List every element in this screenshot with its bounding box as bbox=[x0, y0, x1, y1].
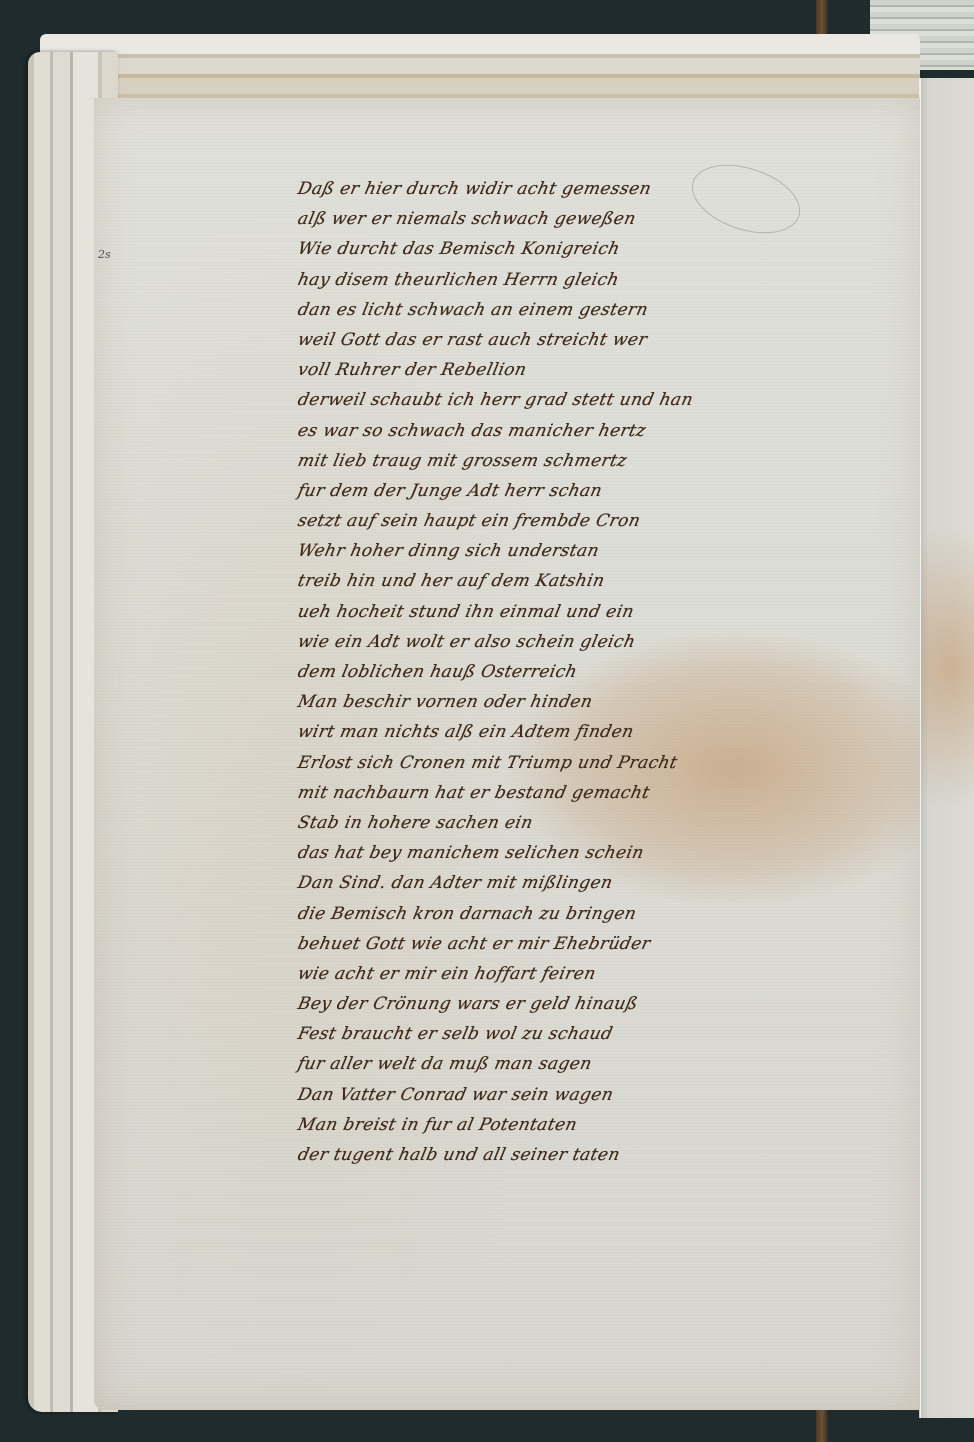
scanned-book-photo: 2s Daß er hier durch widir acht gemessen… bbox=[0, 0, 974, 1442]
text-line: fur aller welt da muß man sagen bbox=[295, 1049, 721, 1079]
text-line: Dan Sind. dan Adter mit mißlingen bbox=[295, 868, 721, 898]
page-edges-top bbox=[40, 34, 920, 104]
text-line: derweil schaubt ich herr grad stett und … bbox=[295, 385, 721, 415]
text-line: Wie durcht das Bemisch Konigreich bbox=[295, 234, 721, 264]
text-line: die Bemisch kron darnach zu bringen bbox=[295, 899, 721, 929]
text-line: Dan Vatter Conrad war sein wagen bbox=[295, 1080, 721, 1110]
text-line: Fest braucht er selb wol zu schaud bbox=[295, 1019, 721, 1049]
text-line: dan es licht schwach an einem gestern bbox=[295, 295, 721, 325]
text-line: mit lieb traug mit grossem schmertz bbox=[295, 446, 721, 476]
text-line: treib hin und her auf dem Katshin bbox=[295, 566, 721, 596]
margin-note: 2s bbox=[98, 248, 111, 261]
text-line: Daß er hier durch widir acht gemessen bbox=[295, 174, 721, 204]
text-line: weil Gott das er rast auch streicht wer bbox=[295, 325, 721, 355]
text-line: setzt auf sein haupt ein frembde Cron bbox=[295, 506, 721, 536]
text-line: es war so schwach das manicher hertz bbox=[295, 416, 721, 446]
text-line: Stab in hohere sachen ein bbox=[295, 808, 721, 838]
text-line: Man beschir vornen oder hinden bbox=[295, 687, 721, 717]
text-line: fur dem der Junge Adt herr schan bbox=[295, 476, 721, 506]
text-line: hay disem theurlichen Herrn gleich bbox=[295, 265, 721, 295]
text-line: wirt man nichts alß ein Adtem finden bbox=[295, 717, 721, 747]
text-line: ueh hocheit stund ihn einmal und ein bbox=[295, 597, 721, 627]
text-line: alß wer er niemals schwach geweßen bbox=[295, 204, 721, 234]
text-line: mit nachbaurn hat er bestand gemacht bbox=[295, 778, 721, 808]
text-line: Bey der Crönung wars er geld hinauß bbox=[295, 989, 721, 1019]
text-line: der tugent halb und all seiner taten bbox=[295, 1140, 721, 1170]
text-line: Erlost sich Cronen mit Triump und Pracht bbox=[295, 748, 721, 778]
facing-page-edge bbox=[920, 78, 974, 1418]
book-cradle-post bbox=[816, 0, 828, 34]
text-line: wie ein Adt wolt er also schein gleich bbox=[295, 627, 721, 657]
text-line: wie acht er mir ein hoffart feiren bbox=[295, 959, 721, 989]
text-line: voll Ruhrer der Rebellion bbox=[295, 355, 721, 385]
text-line: das hat bey manichem selichen schein bbox=[295, 838, 721, 868]
text-line: dem loblichen hauß Osterreich bbox=[295, 657, 721, 687]
book-cradle-post-bottom bbox=[816, 1408, 828, 1442]
text-line: Wehr hoher dinng sich understan bbox=[295, 536, 721, 566]
text-line: Man breist in fur al Potentaten bbox=[295, 1110, 721, 1140]
handwritten-text-block: Daß er hier durch widir acht gemessen al… bbox=[298, 174, 718, 1170]
text-line: behuet Gott wie acht er mir Ehebrüder bbox=[295, 929, 721, 959]
